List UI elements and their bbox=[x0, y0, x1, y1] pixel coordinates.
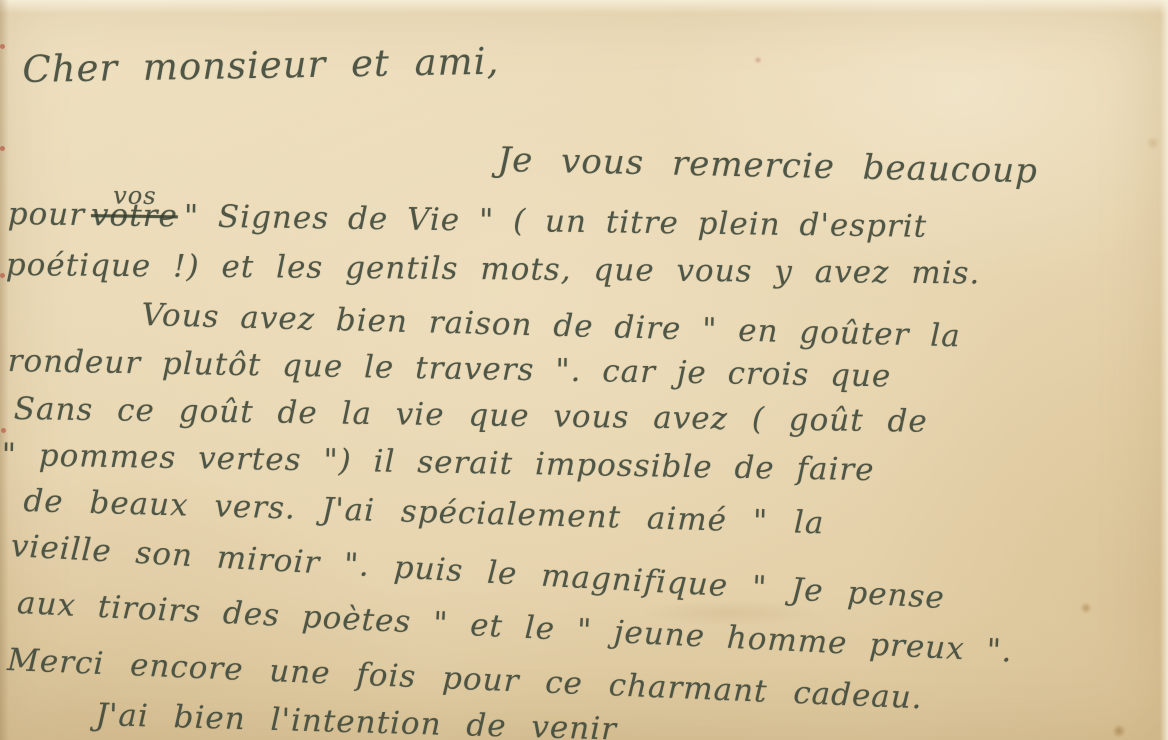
paper-top-edge bbox=[0, 0, 1168, 14]
paper-right-edge bbox=[1160, 0, 1168, 740]
letter-line-6: Sans ce goût de la vie que vous avez ( g… bbox=[13, 391, 928, 440]
letter-line-1: Je vous remercie beaucoup bbox=[497, 140, 1038, 191]
inserted-word: vos bbox=[113, 182, 157, 211]
foxing-spot bbox=[1146, 136, 1160, 150]
letter-line-2-rest: " Signes de Vie " ( un titre plein d'esp… bbox=[184, 198, 928, 244]
letter-page: Cher monsieur et ami, Je vous remercie b… bbox=[0, 0, 1168, 740]
foxing-spot bbox=[754, 56, 762, 64]
edge-fleck bbox=[1, 428, 6, 433]
letter-line-5: rondeur plutôt que le travers ". car je … bbox=[7, 343, 891, 394]
salutation-line: Cher monsieur et ami, bbox=[22, 40, 500, 91]
edge-fleck bbox=[0, 273, 5, 278]
edge-fleck bbox=[0, 146, 5, 151]
edge-fleck bbox=[0, 44, 5, 49]
letter-line-8: de beaux vers. J'ai spécialement aimé " … bbox=[23, 483, 825, 541]
letter-line-4: Vous avez bien raison de dire " en goûte… bbox=[141, 297, 961, 354]
letter-line-2: pourvotrevos" Signes de Vie " ( un titre… bbox=[7, 196, 927, 245]
correction: votrevos bbox=[91, 197, 178, 234]
letter-line-12-cutoff: J'ai bien l'intention de venir bbox=[95, 697, 617, 740]
letter-line-3: poétique !) et les gentils mots, que vou… bbox=[6, 247, 981, 292]
letter-line-2-start: pour bbox=[7, 196, 85, 233]
foxing-spot bbox=[1112, 724, 1126, 738]
letter-line-7: " pommes vertes ") il serait impossible … bbox=[1, 437, 875, 488]
foxing-spot bbox=[1080, 602, 1092, 614]
